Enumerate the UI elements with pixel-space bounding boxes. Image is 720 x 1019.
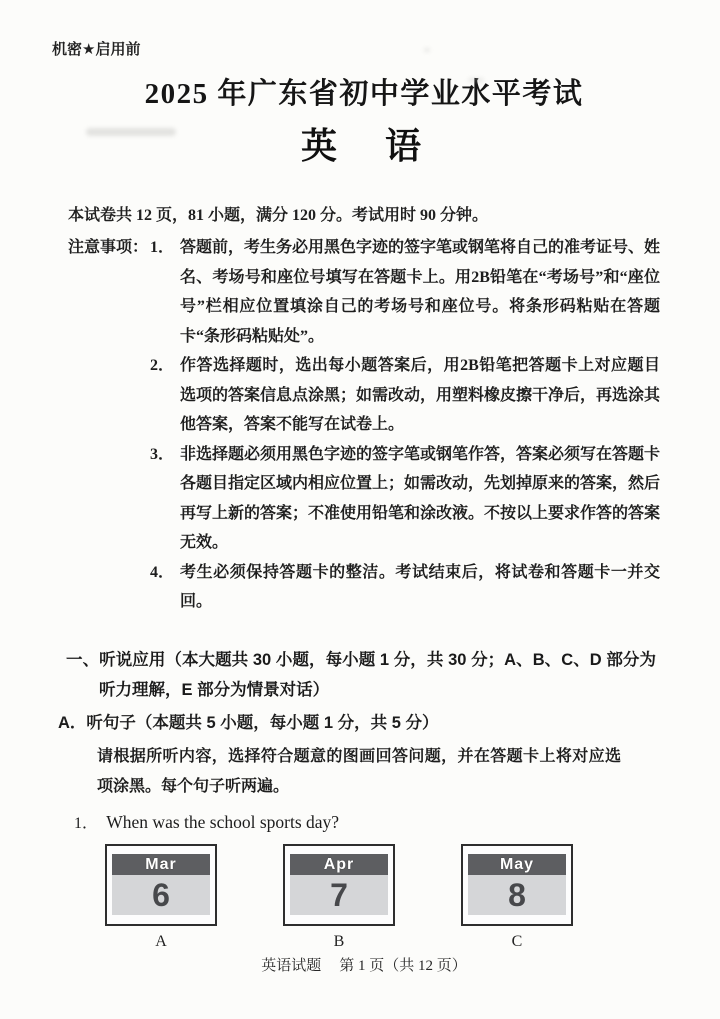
notice-item-number: 2． [150,351,180,381]
calendar-month: Apr [290,854,388,875]
notice-item: 4． 考生必须保持答题卡的整洁。考试结束后，将试卷和答题卡一并交回。 [150,558,660,617]
notice-label: 注意事项： [68,233,148,263]
footer-doc-label: 英语试题 [261,958,321,974]
notice-item-text: 考生必须保持答题卡的整洁。考试结束后，将试卷和答题卡一并交回。 [180,558,660,617]
calendar-month: May [468,854,566,875]
calendar-month: Mar [112,854,210,875]
notice-item-number: 3． [150,440,180,470]
question-text: When was the school sports day? [106,812,339,832]
section1-heading: 一、听说应用（本大题共 30 小题，每小题 1 分，共 30 分；A、B、C、D… [66,645,656,705]
calendar-image: May 8 [461,844,573,926]
part-a-heading: A．听句子（本题共 5 小题，每小题 1 分，共 5 分） [58,708,660,738]
options-row: Mar 6 A Apr 7 B May 8 C [105,844,660,951]
option-label: B [283,933,395,951]
option-label: C [461,933,573,951]
exam-page: 机密★启用前 2025 年广东省初中学业水平考试 英 语 本试卷共 12 页，8… [0,0,720,1019]
notice-block: 注意事项： 1． 答题前，考生务必用黑色字迹的签字笔或钢笔将自己的准考证号、姓名… [68,233,660,617]
notice-item-text: 非选择题必须用黑色字迹的签字笔或钢笔作答，答案必须写在答题卡各题目指定区域内相应… [180,440,660,558]
option-label: A [105,933,217,951]
calendar-image: Mar 6 [105,844,217,926]
notice-item-number: 1． [150,233,180,263]
notice-item-number: 4． [150,558,180,588]
intro-line: 本试卷共 12 页，81 小题，满分 120 分。考试用时 90 分钟。 [68,201,660,231]
scan-smudge [424,48,430,52]
notice-item: 3． 非选择题必须用黑色字迹的签字笔或钢笔作答，答案必须写在答题卡各题目指定区域… [150,440,660,558]
calendar-day: 6 [112,875,210,915]
option-c: May 8 C [461,844,573,951]
notice-item-text: 答题前，考生务必用黑色字迹的签字笔或钢笔将自己的准考证号、姓名、考场号和座位号填… [180,233,660,351]
footer-page-info: 第 1 页（共 12 页） [339,958,467,974]
calendar-image: Apr 7 [283,844,395,926]
question-number: 1． [74,815,98,832]
part-a-instruction: 请根据所听内容，选择符合题意的图画回答问题，并在答题卡上将对应选项涂黑。每个句子… [97,742,621,802]
question-1: 1． When was the school sports day? [74,808,660,838]
subject-title: 英 语 [68,118,660,169]
scan-smudge [86,128,176,136]
page-footer: 英语试题第 1 页（共 12 页） [68,954,660,975]
exam-title: 2025 年广东省初中学业水平考试 [68,71,660,112]
scan-smudge [468,78,484,82]
option-b: Apr 7 B [283,844,395,951]
option-a: Mar 6 A [105,844,217,951]
notice-items: 1． 答题前，考生务必用黑色字迹的签字笔或钢笔将自己的准考证号、姓名、考场号和座… [150,233,660,617]
calendar-day: 8 [468,875,566,915]
notice-item: 1． 答题前，考生务必用黑色字迹的签字笔或钢笔将自己的准考证号、姓名、考场号和座… [150,233,660,351]
notice-item: 2． 作答选择题时，选出每小题答案后，用2B铅笔把答题卡上对应题目选项的答案信息… [150,351,660,440]
notice-item-text: 作答选择题时，选出每小题答案后，用2B铅笔把答题卡上对应题目选项的答案信息点涂黑… [180,351,660,440]
calendar-day: 7 [290,875,388,915]
classification-label: 机密★启用前 [52,38,660,59]
